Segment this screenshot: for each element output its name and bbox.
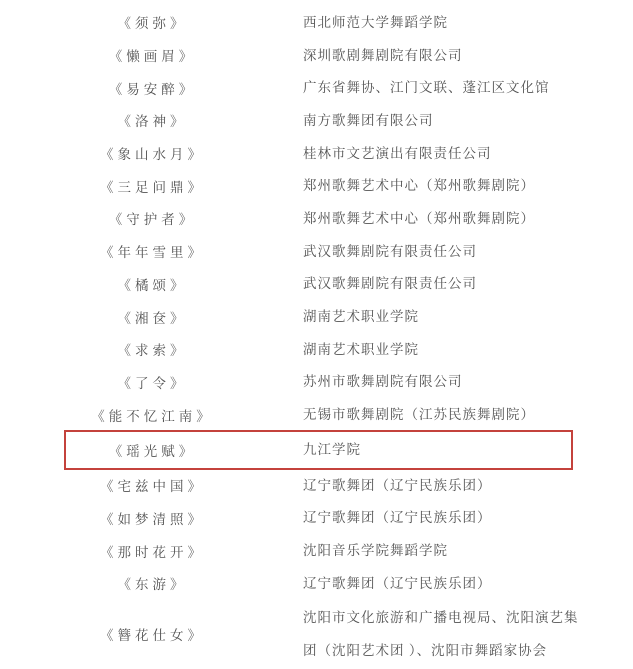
work-title: 《三足问鼎》: [40, 176, 265, 196]
organization-name: 沈阳市文化旅游和广播电视局、沈阳演艺集团（沈阳艺术团 ）、沈阳市舞蹈家协会: [303, 601, 587, 667]
work-title: 《了令》: [40, 372, 265, 392]
organization-name: 辽宁歌舞团（辽宁民族乐团）: [303, 469, 587, 502]
work-title: 《湘奁》: [40, 307, 265, 327]
work-title: 《求索》: [40, 339, 265, 359]
table-row: 《橘颂》 武汉歌舞剧院有限责任公司: [0, 268, 633, 301]
table-row: 《守护者》 郑州歌舞艺术中心（郑州歌舞剧院）: [0, 202, 633, 235]
organization-name: 桂林市文艺演出有限责任公司: [303, 137, 587, 170]
organization-name: 无锡市歌舞剧院（江苏民族舞剧院）: [303, 398, 587, 431]
work-title: 《橘颂》: [40, 274, 265, 294]
work-title: 《东游》: [40, 573, 265, 593]
table-row: 《懒画眉》 深圳歌剧舞剧院有限公司: [0, 39, 633, 72]
work-title: 《须弥》: [40, 12, 265, 32]
work-title: 《易安醉》: [40, 78, 265, 98]
organization-name: 广东省舞协、江门文联、蓬江区文化馆: [303, 71, 587, 104]
table-row: 《宅兹中国》 辽宁歌舞团（辽宁民族乐团）: [0, 469, 633, 502]
organization-name: 辽宁歌舞团（辽宁民族乐团）: [303, 567, 587, 600]
work-title: 《能不忆江南》: [40, 405, 265, 425]
document-page: 《须弥》 西北师范大学舞蹈学院 《懒画眉》 深圳歌剧舞剧院有限公司 《易安醉》 …: [0, 0, 633, 669]
table-row: 《了令》 苏州市歌舞剧院有限公司: [0, 366, 633, 399]
table-row: 《瑶光赋》 九江学院: [0, 431, 633, 469]
work-title: 《宅兹中国》: [40, 475, 265, 495]
organization-name: 湖南艺术职业学院: [303, 300, 587, 333]
table-row: 《湘奁》 湖南艺术职业学院: [0, 300, 633, 333]
table-row: 《年年雪里》 武汉歌舞剧院有限责任公司: [0, 235, 633, 268]
table-row: 《如梦清照》 辽宁歌舞团（辽宁民族乐团）: [0, 502, 633, 535]
organization-name: 沈阳音乐学院舞蹈学院: [303, 534, 587, 567]
organization-name: 辽宁歌舞团（辽宁民族乐团）: [303, 501, 587, 534]
table-row: 《能不忆江南》 无锡市歌舞剧院（江苏民族舞剧院）: [0, 398, 633, 431]
work-title: 《簪花仕女》: [40, 624, 265, 644]
organization-name: 西北师范大学舞蹈学院: [303, 6, 587, 39]
organization-name: 郑州歌舞艺术中心（郑州歌舞剧院）: [303, 202, 587, 235]
work-title: 《瑶光赋》: [40, 440, 265, 460]
organization-name: 武汉歌舞剧院有限责任公司: [303, 267, 587, 300]
table-row: 《簪花仕女》 沈阳市文化旅游和广播电视局、沈阳演艺集团（沈阳艺术团 ）、沈阳市舞…: [0, 600, 633, 669]
work-title: 《懒画眉》: [40, 45, 265, 65]
work-title: 《守护者》: [40, 208, 265, 228]
table-row: 《那时花开》 沈阳音乐学院舞蹈学院: [0, 534, 633, 567]
work-title: 《年年雪里》: [40, 241, 265, 261]
organization-name: 九江学院: [303, 433, 587, 466]
work-title: 《洛神》: [40, 110, 265, 130]
table-row: 《易安醉》 广东省舞协、江门文联、蓬江区文化馆: [0, 71, 633, 104]
work-title: 《那时花开》: [40, 541, 265, 561]
work-title: 《如梦清照》: [40, 508, 265, 528]
table-row: 《东游》 辽宁歌舞团（辽宁民族乐团）: [0, 567, 633, 600]
rows: 《须弥》 西北师范大学舞蹈学院 《懒画眉》 深圳歌剧舞剧院有限公司 《易安醉》 …: [0, 6, 633, 669]
work-title: 《象山水月》: [40, 143, 265, 163]
table-row: 《三足问鼎》 郑州歌舞艺术中心（郑州歌舞剧院）: [0, 169, 633, 202]
organization-name: 南方歌舞团有限公司: [303, 104, 587, 137]
organization-name: 武汉歌舞剧院有限责任公司: [303, 235, 587, 268]
organization-name: 郑州歌舞艺术中心（郑州歌舞剧院）: [303, 169, 587, 202]
table-row: 《求索》 湖南艺术职业学院: [0, 333, 633, 366]
table-row: 《洛神》 南方歌舞团有限公司: [0, 104, 633, 137]
organization-name: 深圳歌剧舞剧院有限公司: [303, 39, 587, 72]
table-row: 《须弥》 西北师范大学舞蹈学院: [0, 6, 633, 39]
organization-name: 湖南艺术职业学院: [303, 333, 587, 366]
organization-name: 苏州市歌舞剧院有限公司: [303, 365, 587, 398]
table-row: 《象山水月》 桂林市文艺演出有限责任公司: [0, 137, 633, 170]
